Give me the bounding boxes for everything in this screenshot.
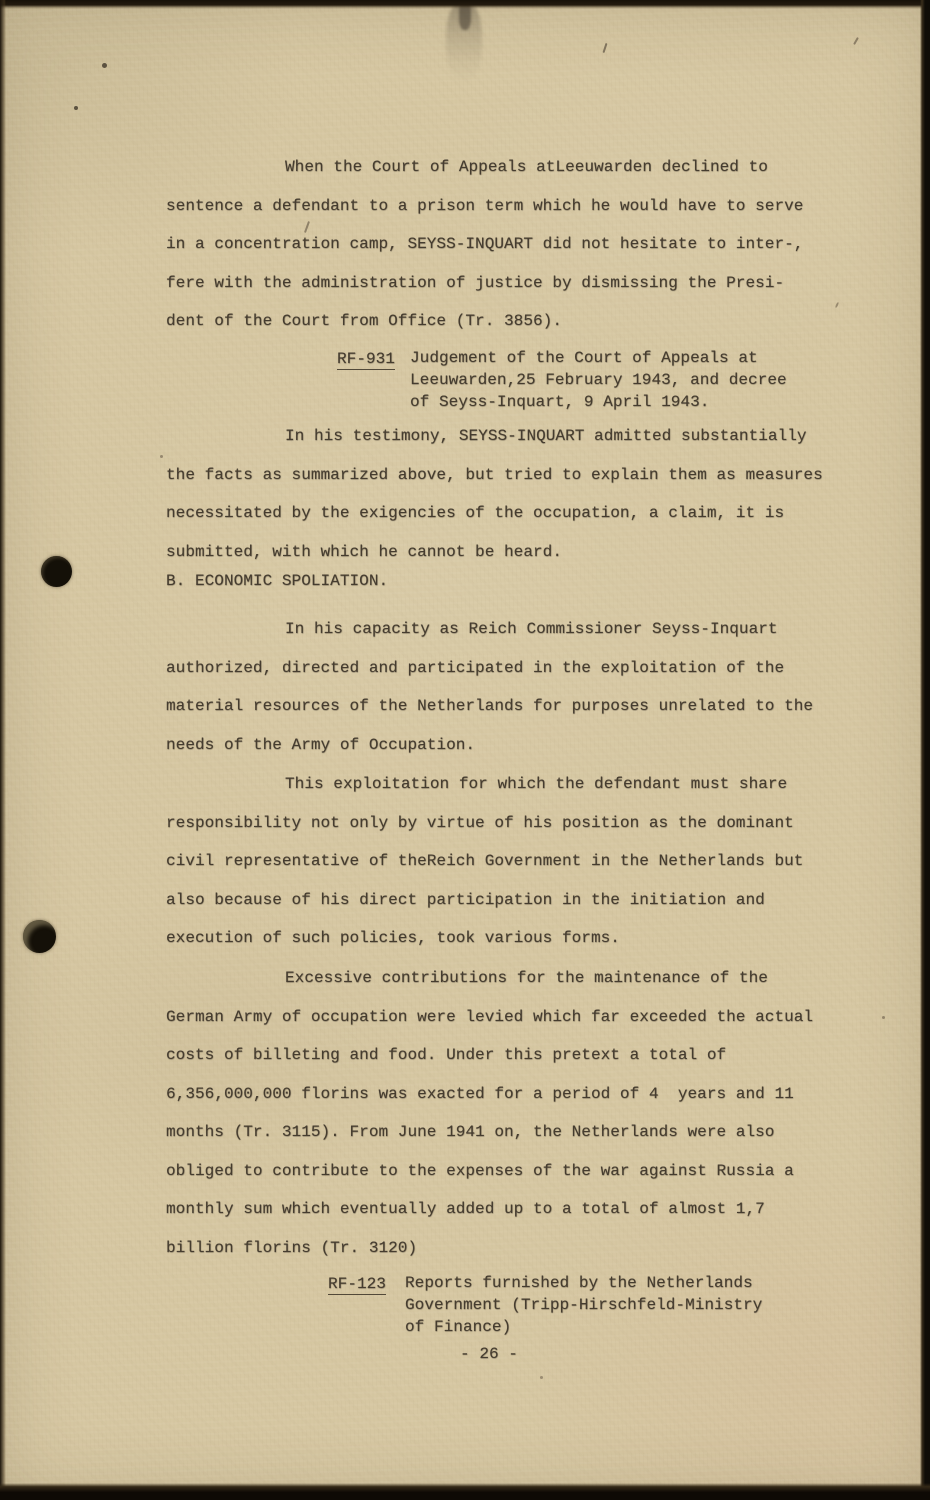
smudge bbox=[446, 0, 482, 82]
page-number: - 26 - bbox=[460, 1343, 518, 1365]
punch-hole bbox=[23, 920, 56, 953]
scan-edge-bottom bbox=[0, 1483, 930, 1500]
text-line: German Army of occupation were levied wh… bbox=[166, 998, 813, 1037]
text-line: execution of such policies, took various… bbox=[166, 919, 803, 958]
citation-text: Reports furnished by the NetherlandsGove… bbox=[405, 1272, 762, 1338]
citation-text: Judgement of the Court of Appeals atLeeu… bbox=[410, 347, 787, 413]
document-page: When the Court of Appeals atLeeuwarden d… bbox=[0, 0, 930, 1500]
paragraph: Excessive contributions for the maintena… bbox=[166, 959, 813, 1267]
exhibit-label: RF-931 bbox=[337, 350, 395, 370]
ink-speck bbox=[74, 106, 78, 110]
text-line: months (Tr. 3115). From June 1941 on, th… bbox=[166, 1113, 813, 1152]
punch-hole bbox=[41, 556, 72, 587]
text-line: 6,356,000,000 florins was exacted for a … bbox=[166, 1075, 813, 1114]
section-heading: B. ECONOMIC SPOLIATION. bbox=[166, 562, 388, 601]
scan-edge-left bbox=[0, 0, 6, 1500]
text-line: In his testimony, SEYSS-INQUART admitted… bbox=[166, 417, 823, 456]
text-line: responsibility not only by virtue of his… bbox=[166, 804, 803, 843]
text-line: needs of the Army of Occupation. bbox=[166, 726, 813, 765]
text-line: costs of billeting and food. Under this … bbox=[166, 1036, 813, 1075]
smudge bbox=[459, 0, 471, 30]
text-line: dent of the Court from Office (Tr. 3856)… bbox=[166, 302, 803, 341]
text-line: material resources of the Netherlands fo… bbox=[166, 687, 813, 726]
text-line: in a concentration camp, SEYSS-INQUART d… bbox=[166, 225, 803, 264]
text-line: Reports furnished by the Netherlands bbox=[405, 1272, 762, 1294]
section-heading-text: B. ECONOMIC SPOLIATION. bbox=[166, 562, 388, 601]
ink-speck bbox=[835, 302, 839, 308]
exhibit-label: RF-123 bbox=[328, 1275, 386, 1295]
ink-speck bbox=[540, 1376, 543, 1379]
text-line: the facts as summarized above, but tried… bbox=[166, 456, 823, 495]
ink-speck bbox=[603, 43, 608, 53]
text-line: billion florins (Tr. 3120) bbox=[166, 1229, 813, 1268]
paragraph: In his testimony, SEYSS-INQUART admitted… bbox=[166, 417, 823, 571]
text-line: civil representative of theReich Governm… bbox=[166, 842, 803, 881]
paragraph: This exploitation for which the defendan… bbox=[166, 765, 803, 958]
text-line: When the Court of Appeals atLeeuwarden d… bbox=[166, 148, 803, 187]
text-line: This exploitation for which the defendan… bbox=[166, 765, 803, 804]
text-line: authorized, directed and participated in… bbox=[166, 649, 813, 688]
text-line: Excessive contributions for the maintena… bbox=[166, 959, 813, 998]
text-line: also because of his direct participation… bbox=[166, 881, 803, 920]
ink-speck bbox=[853, 37, 859, 45]
text-line: of Seyss-Inquart, 9 April 1943. bbox=[410, 391, 787, 413]
scan-edge-right bbox=[920, 0, 930, 1500]
text-line: In his capacity as Reich Commissioner Se… bbox=[166, 610, 813, 649]
text-line: Government (Tripp-Hirschfeld-Ministry bbox=[405, 1294, 762, 1316]
ink-speck bbox=[160, 455, 163, 458]
ink-speck bbox=[102, 63, 107, 68]
text-line: Leeuwarden,25 February 1943, and decree bbox=[410, 369, 787, 391]
text-line: Judgement of the Court of Appeals at bbox=[410, 347, 787, 369]
text-line: of Finance) bbox=[405, 1316, 762, 1338]
paragraph: When the Court of Appeals atLeeuwarden d… bbox=[166, 148, 803, 341]
paragraph: In his capacity as Reich Commissioner Se… bbox=[166, 610, 813, 764]
text-line: obliged to contribute to the expenses of… bbox=[166, 1152, 813, 1191]
scan-edge-top bbox=[0, 0, 930, 9]
page-number-text: - 26 - bbox=[460, 1343, 518, 1365]
text-line: fere with the administration of justice … bbox=[166, 264, 803, 303]
text-line: monthly sum which eventually added up to… bbox=[166, 1190, 813, 1229]
text-line: sentence a defendant to a prison term wh… bbox=[166, 187, 803, 226]
text-line: necessitated by the exigencies of the oc… bbox=[166, 494, 823, 533]
ink-speck bbox=[882, 1016, 885, 1019]
